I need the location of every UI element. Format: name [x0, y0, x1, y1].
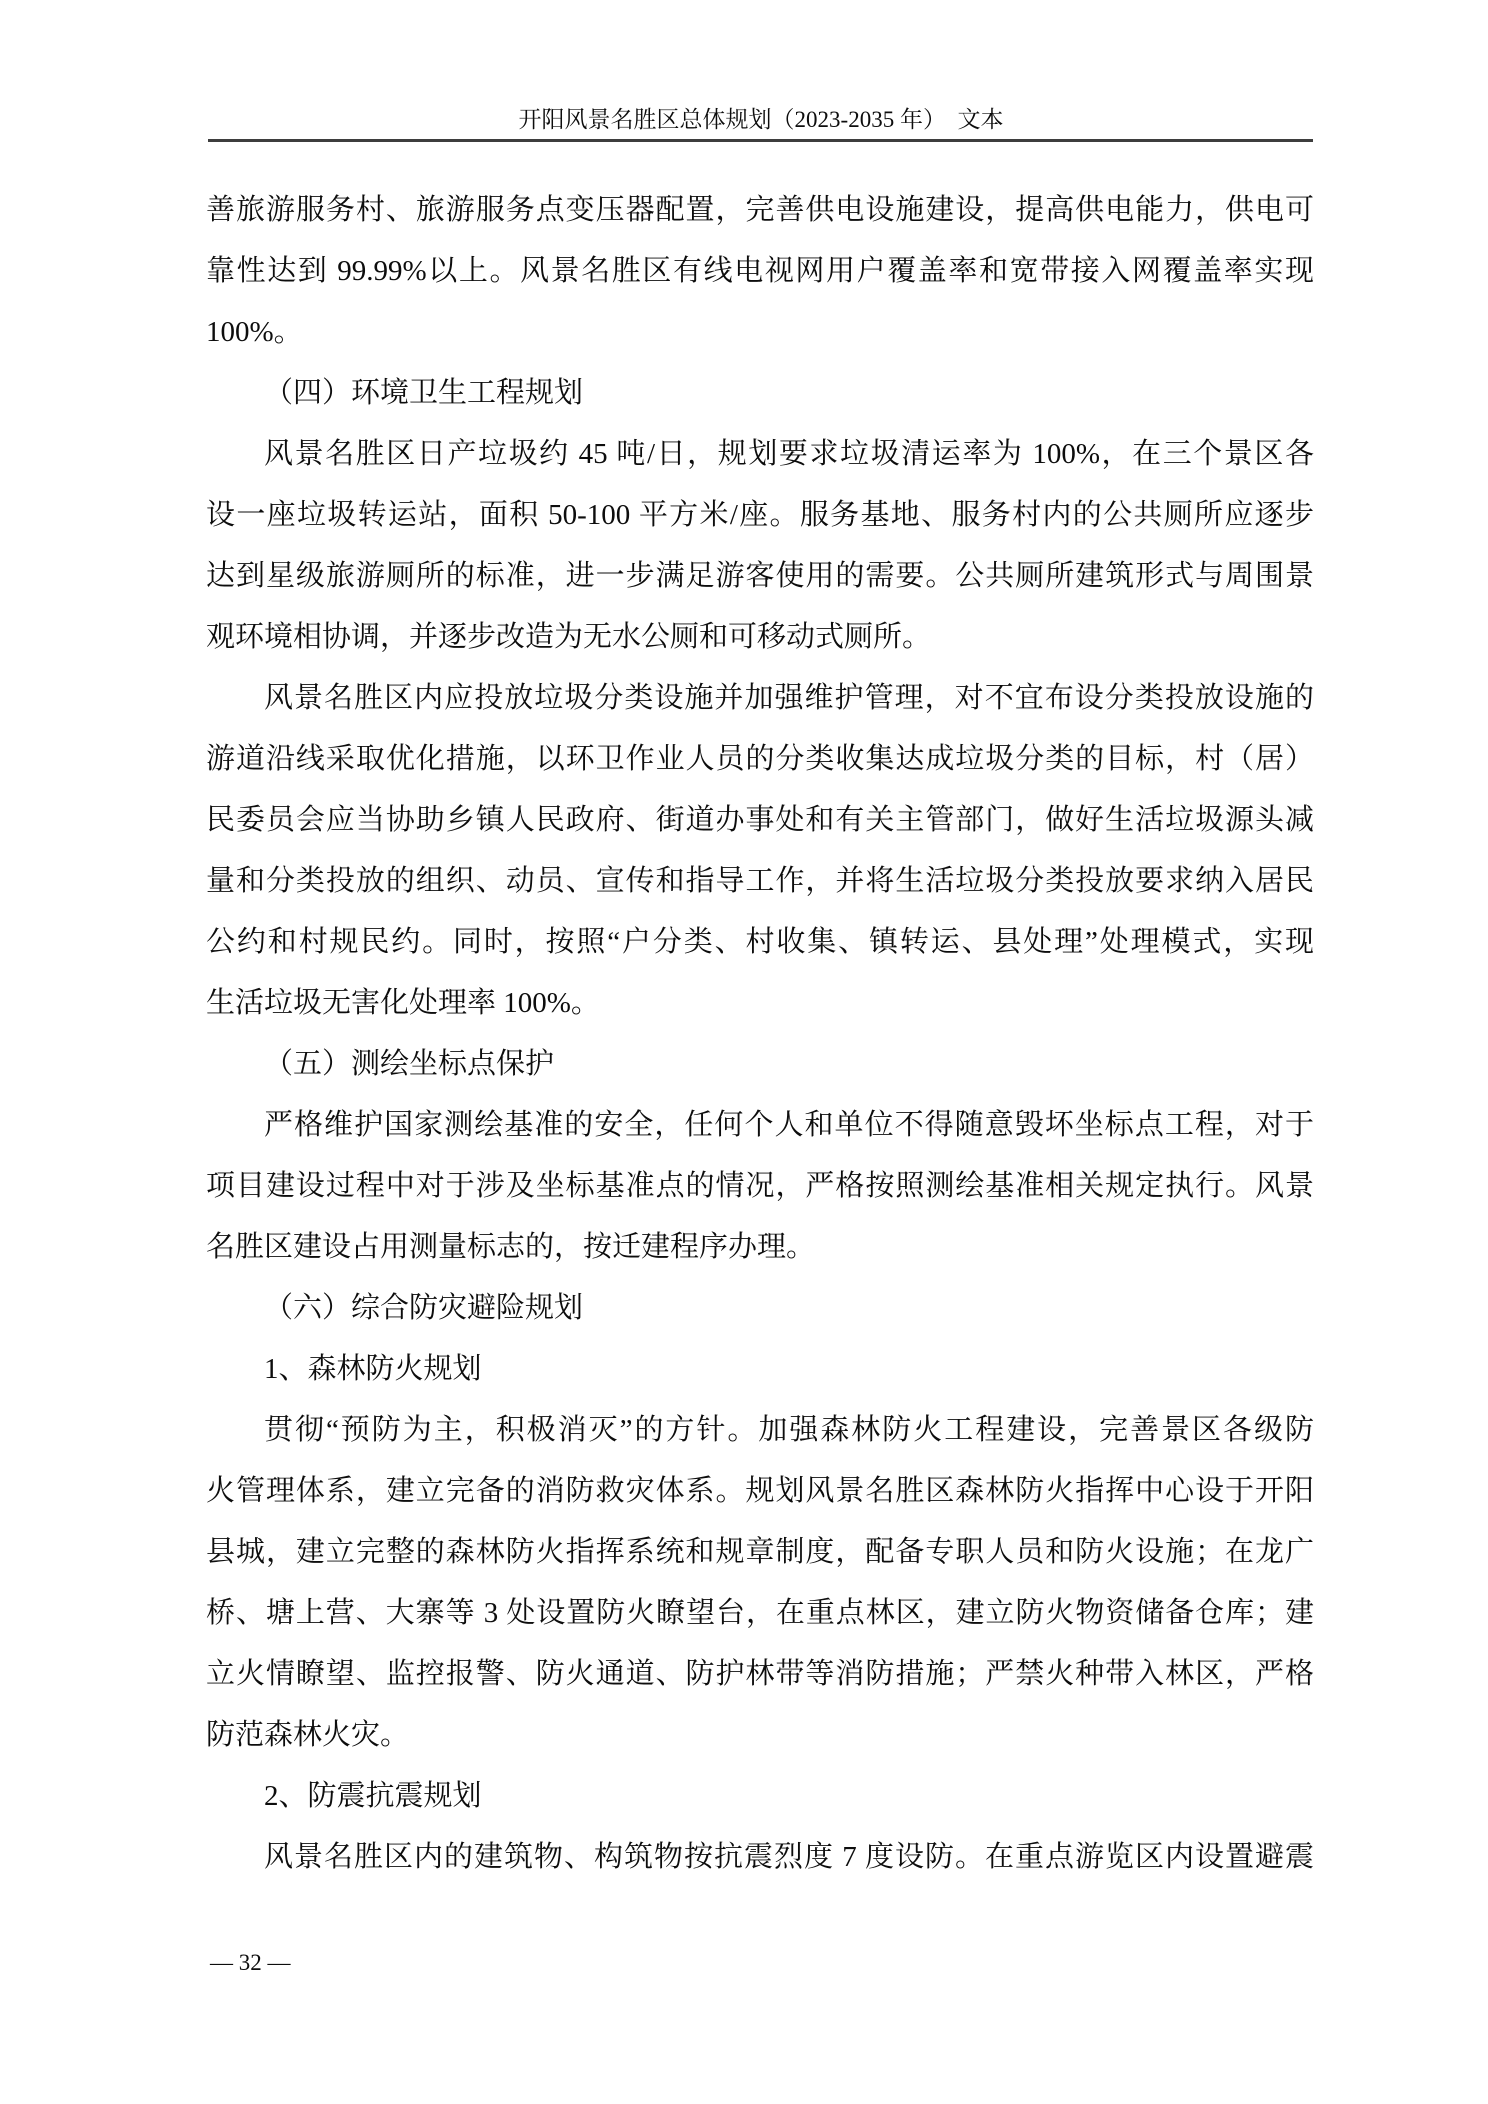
text-line: 风景名胜区内应投放垃圾分类设施并加强维护管理，对不宜布设分类投放设施的 — [206, 668, 1314, 729]
text-line: 达到星级旅游厕所的标准，进一步满足游客使用的需要。公共厕所建筑形式与周围景 — [206, 546, 1314, 607]
section-heading: （四）环境卫生工程规划 — [206, 363, 1314, 424]
text-line: 火管理体系，建立完备的消防救灾体系。规划风景名胜区森林防火指挥中心设于开阳 — [206, 1461, 1314, 1522]
text-line: 100%。 — [206, 302, 1314, 363]
text-line: 贯彻“预防为主，积极消灭”的方针。加强森林防火工程建设，完善景区各级防 — [206, 1400, 1314, 1461]
text-line: 风景名胜区日产垃圾约 45 吨/日，规划要求垃圾清运率为 100%，在三个景区各 — [206, 424, 1314, 485]
text-line: 严格维护国家测绘基准的安全，任何个人和单位不得随意毁坏坐标点工程，对于 — [206, 1095, 1314, 1156]
section-heading: （六）综合防灾避险规划 — [206, 1278, 1314, 1339]
text-line: 名胜区建设占用测量标志的，按迁建程序办理。 — [206, 1217, 1314, 1278]
text-line: 桥、塘上营、大寨等 3 处设置防火瞭望台，在重点林区，建立防火物资储备仓库；建 — [206, 1583, 1314, 1644]
text-line: 项目建设过程中对于涉及坐标基准点的情况，严格按照测绘基准相关规定执行。风景 — [206, 1156, 1314, 1217]
text-line: 善旅游服务村、旅游服务点变压器配置，完善供电设施建设，提高供电能力，供电可 — [206, 180, 1314, 241]
text-line: 风景名胜区内的建筑物、构筑物按抗震烈度 7 度设防。在重点游览区内设置避震 — [206, 1827, 1314, 1888]
section-heading: （五）测绘坐标点保护 — [206, 1034, 1314, 1095]
page-header-title: 开阳风景名胜区总体规划（2023-2035 年） 文本 — [208, 104, 1314, 136]
text-line: 观环境相协调，并逐步改造为无水公厕和可移动式厕所。 — [206, 607, 1314, 668]
text-line: 生活垃圾无害化处理率 100%。 — [206, 973, 1314, 1034]
text-line: 靠性达到 99.99%以上。风景名胜区有线电视网用户覆盖率和宽带接入网覆盖率实现 — [206, 241, 1314, 302]
page-number: — 32 — — [210, 1946, 291, 1980]
text-line: 民委员会应当协助乡镇人民政府、街道办事处和有关主管部门，做好生活垃圾源头减 — [206, 790, 1314, 851]
header-divider — [208, 139, 1313, 142]
text-line: 游道沿线采取优化措施，以环卫作业人员的分类收集达成垃圾分类的目标，村（居） — [206, 729, 1314, 790]
text-line: 公约和村规民约。同时，按照“户分类、村收集、镇转运、县处理”处理模式，实现 — [206, 912, 1314, 973]
text-line: 设一座垃圾转运站，面积 50-100 平方米/座。服务基地、服务村内的公共厕所应… — [206, 485, 1314, 546]
document-page: 开阳风景名胜区总体规划（2023-2035 年） 文本 善旅游服务村、旅游服务点… — [0, 0, 1488, 2104]
subsection-heading: 1、森林防火规划 — [206, 1339, 1314, 1400]
text-line: 立火情瞭望、监控报警、防火通道、防护林带等消防措施；严禁火种带入林区，严格 — [206, 1644, 1314, 1705]
text-line: 量和分类投放的组织、动员、宣传和指导工作，并将生活垃圾分类投放要求纳入居民 — [206, 851, 1314, 912]
text-line: 县城，建立完整的森林防火指挥系统和规章制度，配备专职人员和防火设施；在龙广 — [206, 1522, 1314, 1583]
text-line: 防范森林火灾。 — [206, 1705, 1314, 1766]
subsection-heading: 2、防震抗震规划 — [206, 1766, 1314, 1827]
document-body: 善旅游服务村、旅游服务点变压器配置，完善供电设施建设，提高供电能力，供电可 靠性… — [206, 180, 1314, 1888]
